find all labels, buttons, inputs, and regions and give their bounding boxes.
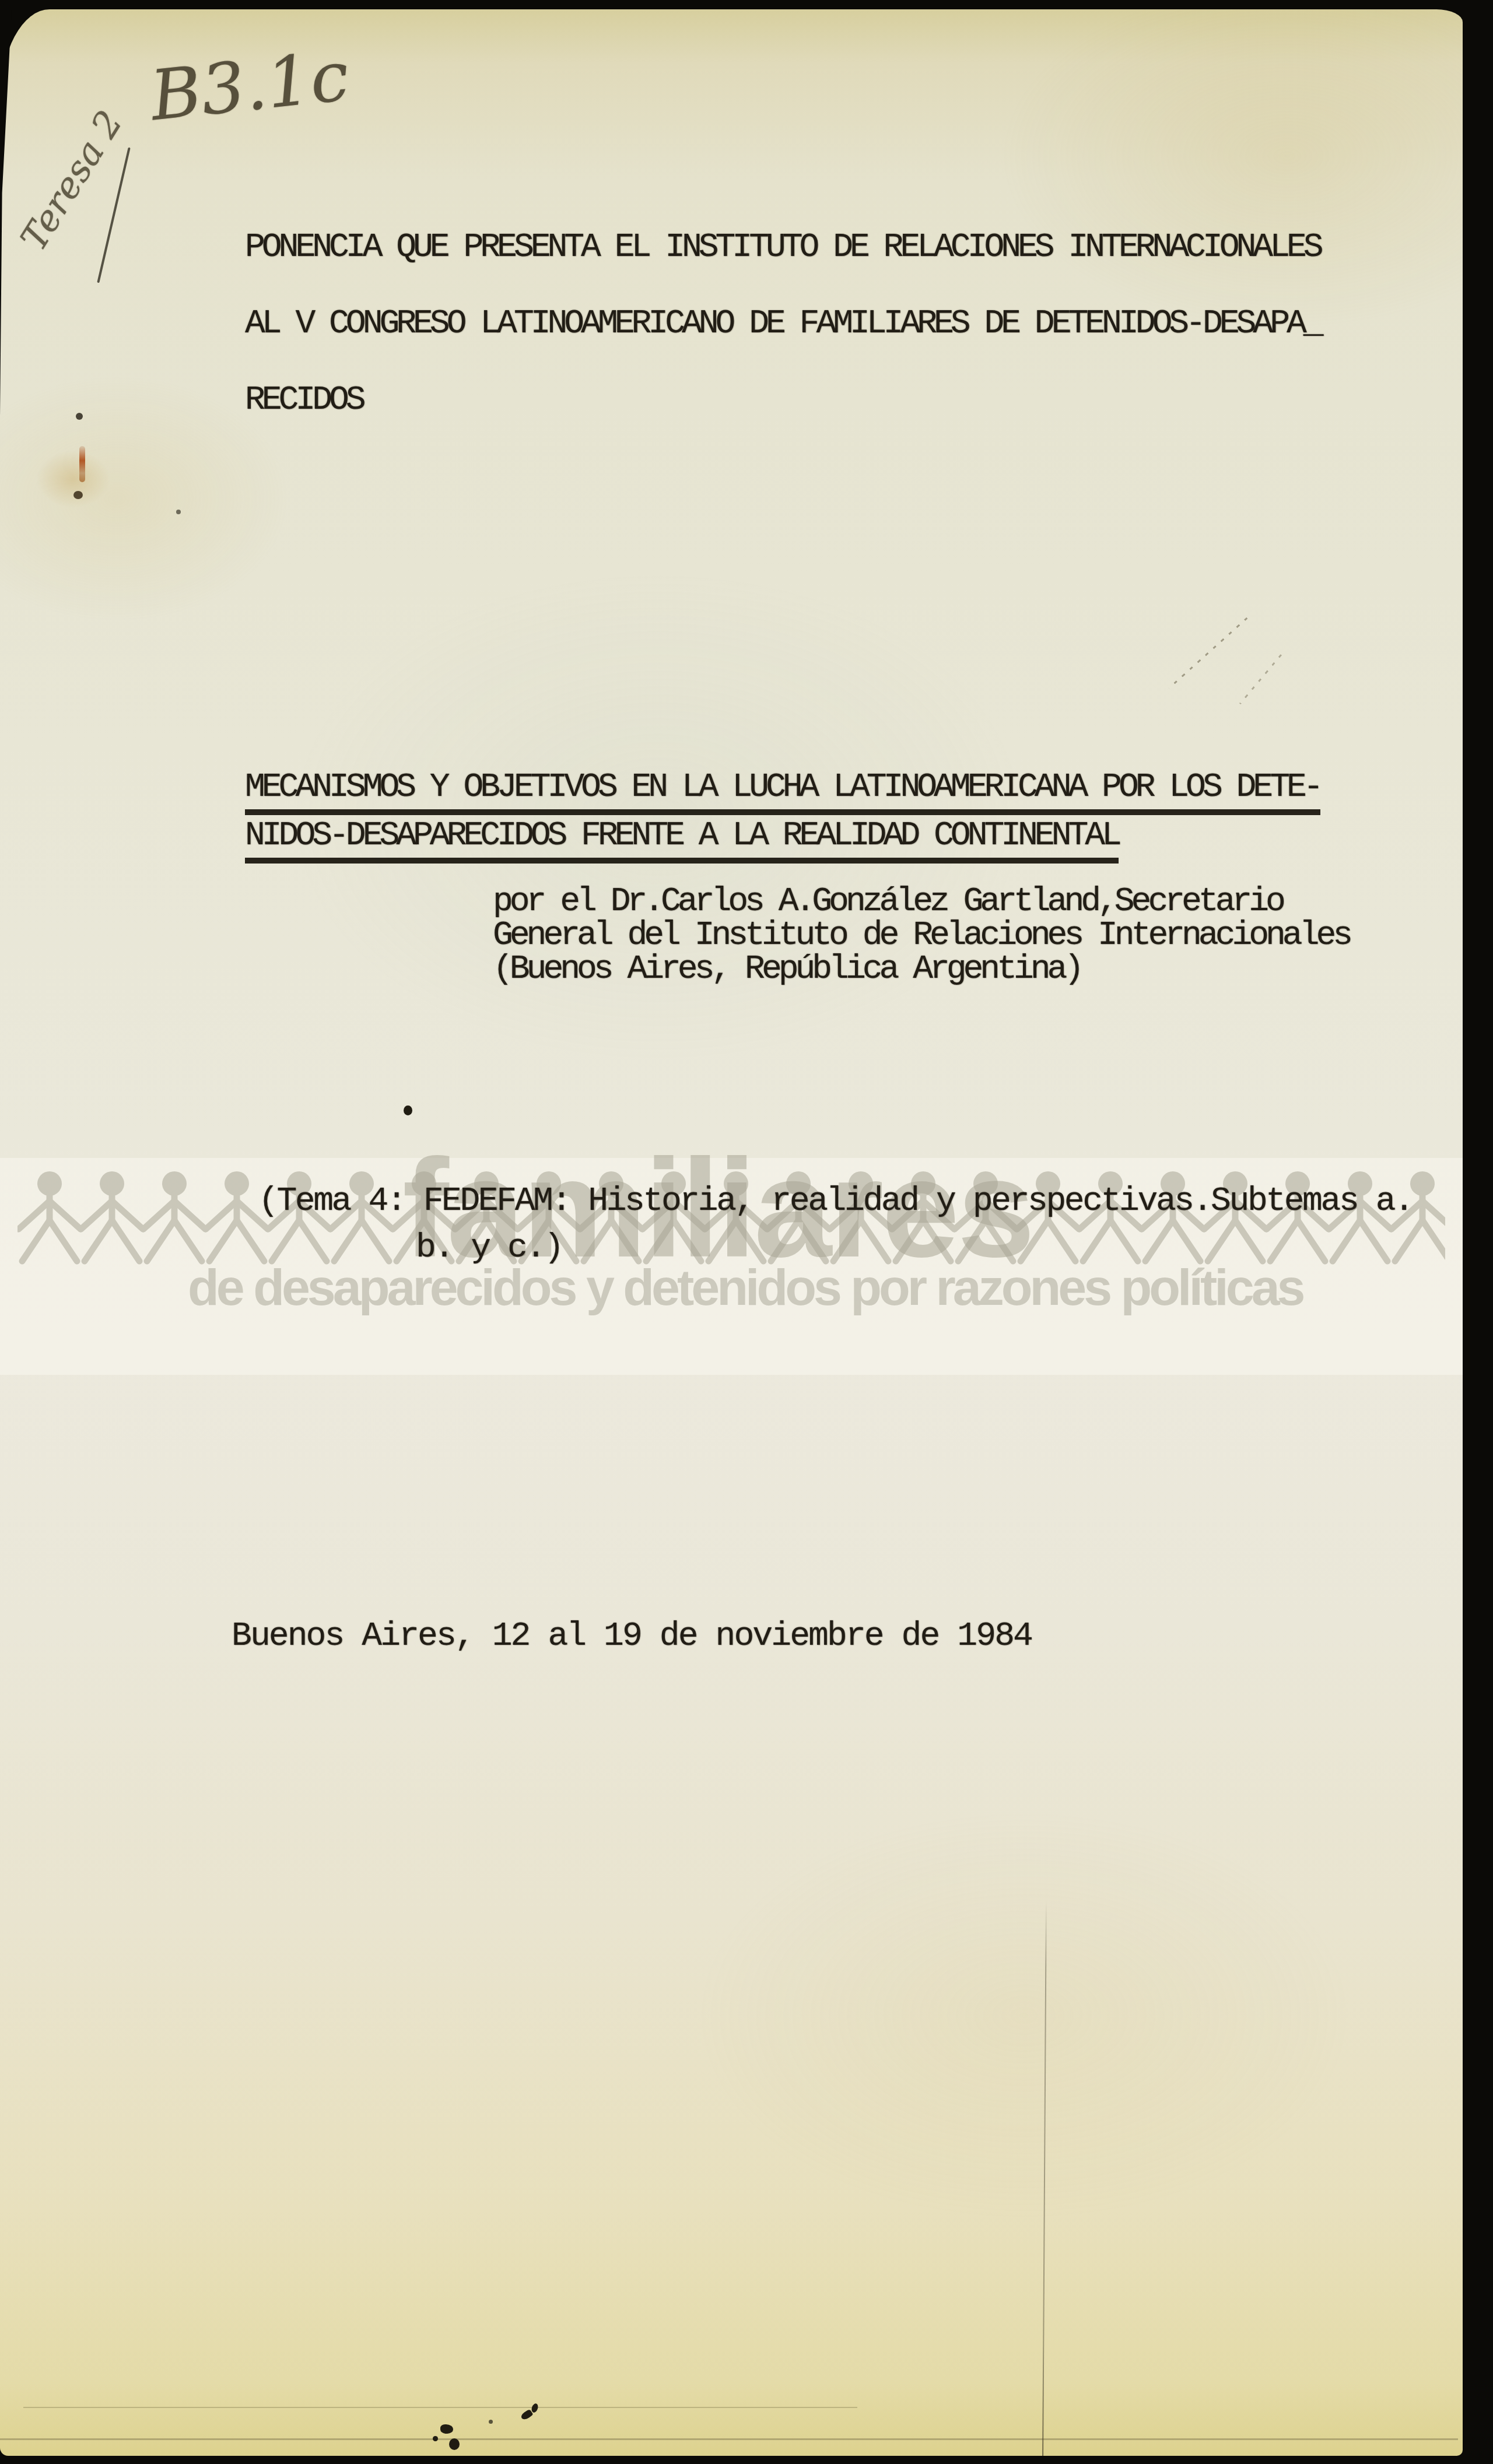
document-title-line-2: NIDOS-DESAPARECIDOS FRENTE A LA REALIDAD… xyxy=(245,819,1119,864)
archival-code-handwritten: B3.1c xyxy=(148,41,352,131)
ink-dot xyxy=(404,1105,412,1115)
ink-speck xyxy=(76,413,83,420)
heading-line-2: AL V CONGRESO LATINOAMERICANO DE FAMILIA… xyxy=(245,307,1320,341)
document-title-line-1: MECANISMOS Y OBJETIVOS EN LA LUCHA LATIN… xyxy=(245,771,1320,815)
byline-line-1: por el Dr.Carlos A.González Gartland,Sec… xyxy=(493,885,1282,919)
ink-splatter xyxy=(440,2424,453,2434)
dateline: Buenos Aires, 12 al 19 de noviembre de 1… xyxy=(232,1620,1032,1654)
theme-note-line-2: b. y c.) xyxy=(416,1231,562,1265)
rust-streak-stain xyxy=(79,446,85,482)
theme-note-line-1: (Tema 4: FEDEFAM: Historia, realidad y p… xyxy=(258,1185,1413,1219)
faint-horizontal-line xyxy=(23,2407,857,2408)
watermark-subtitle-text: de desaparecidos y detenidos por razones… xyxy=(188,1262,1303,1313)
ink-speck xyxy=(73,491,83,499)
heading-line-1: PONENCIA QUE PRESENTA EL INSTITUTO DE RE… xyxy=(245,231,1320,265)
byline-line-3: (Buenos Aires, República Argentina) xyxy=(493,953,1081,987)
ink-splatter xyxy=(489,2420,493,2424)
byline-line-2: General del Instituto de Relaciones Inte… xyxy=(493,919,1350,953)
ink-splatter xyxy=(433,2436,438,2441)
faint-horizontal-line xyxy=(0,2438,1458,2440)
ink-speck xyxy=(176,510,181,514)
ink-splatter xyxy=(449,2438,460,2450)
heading-line-3: RECIDOS xyxy=(245,384,363,417)
